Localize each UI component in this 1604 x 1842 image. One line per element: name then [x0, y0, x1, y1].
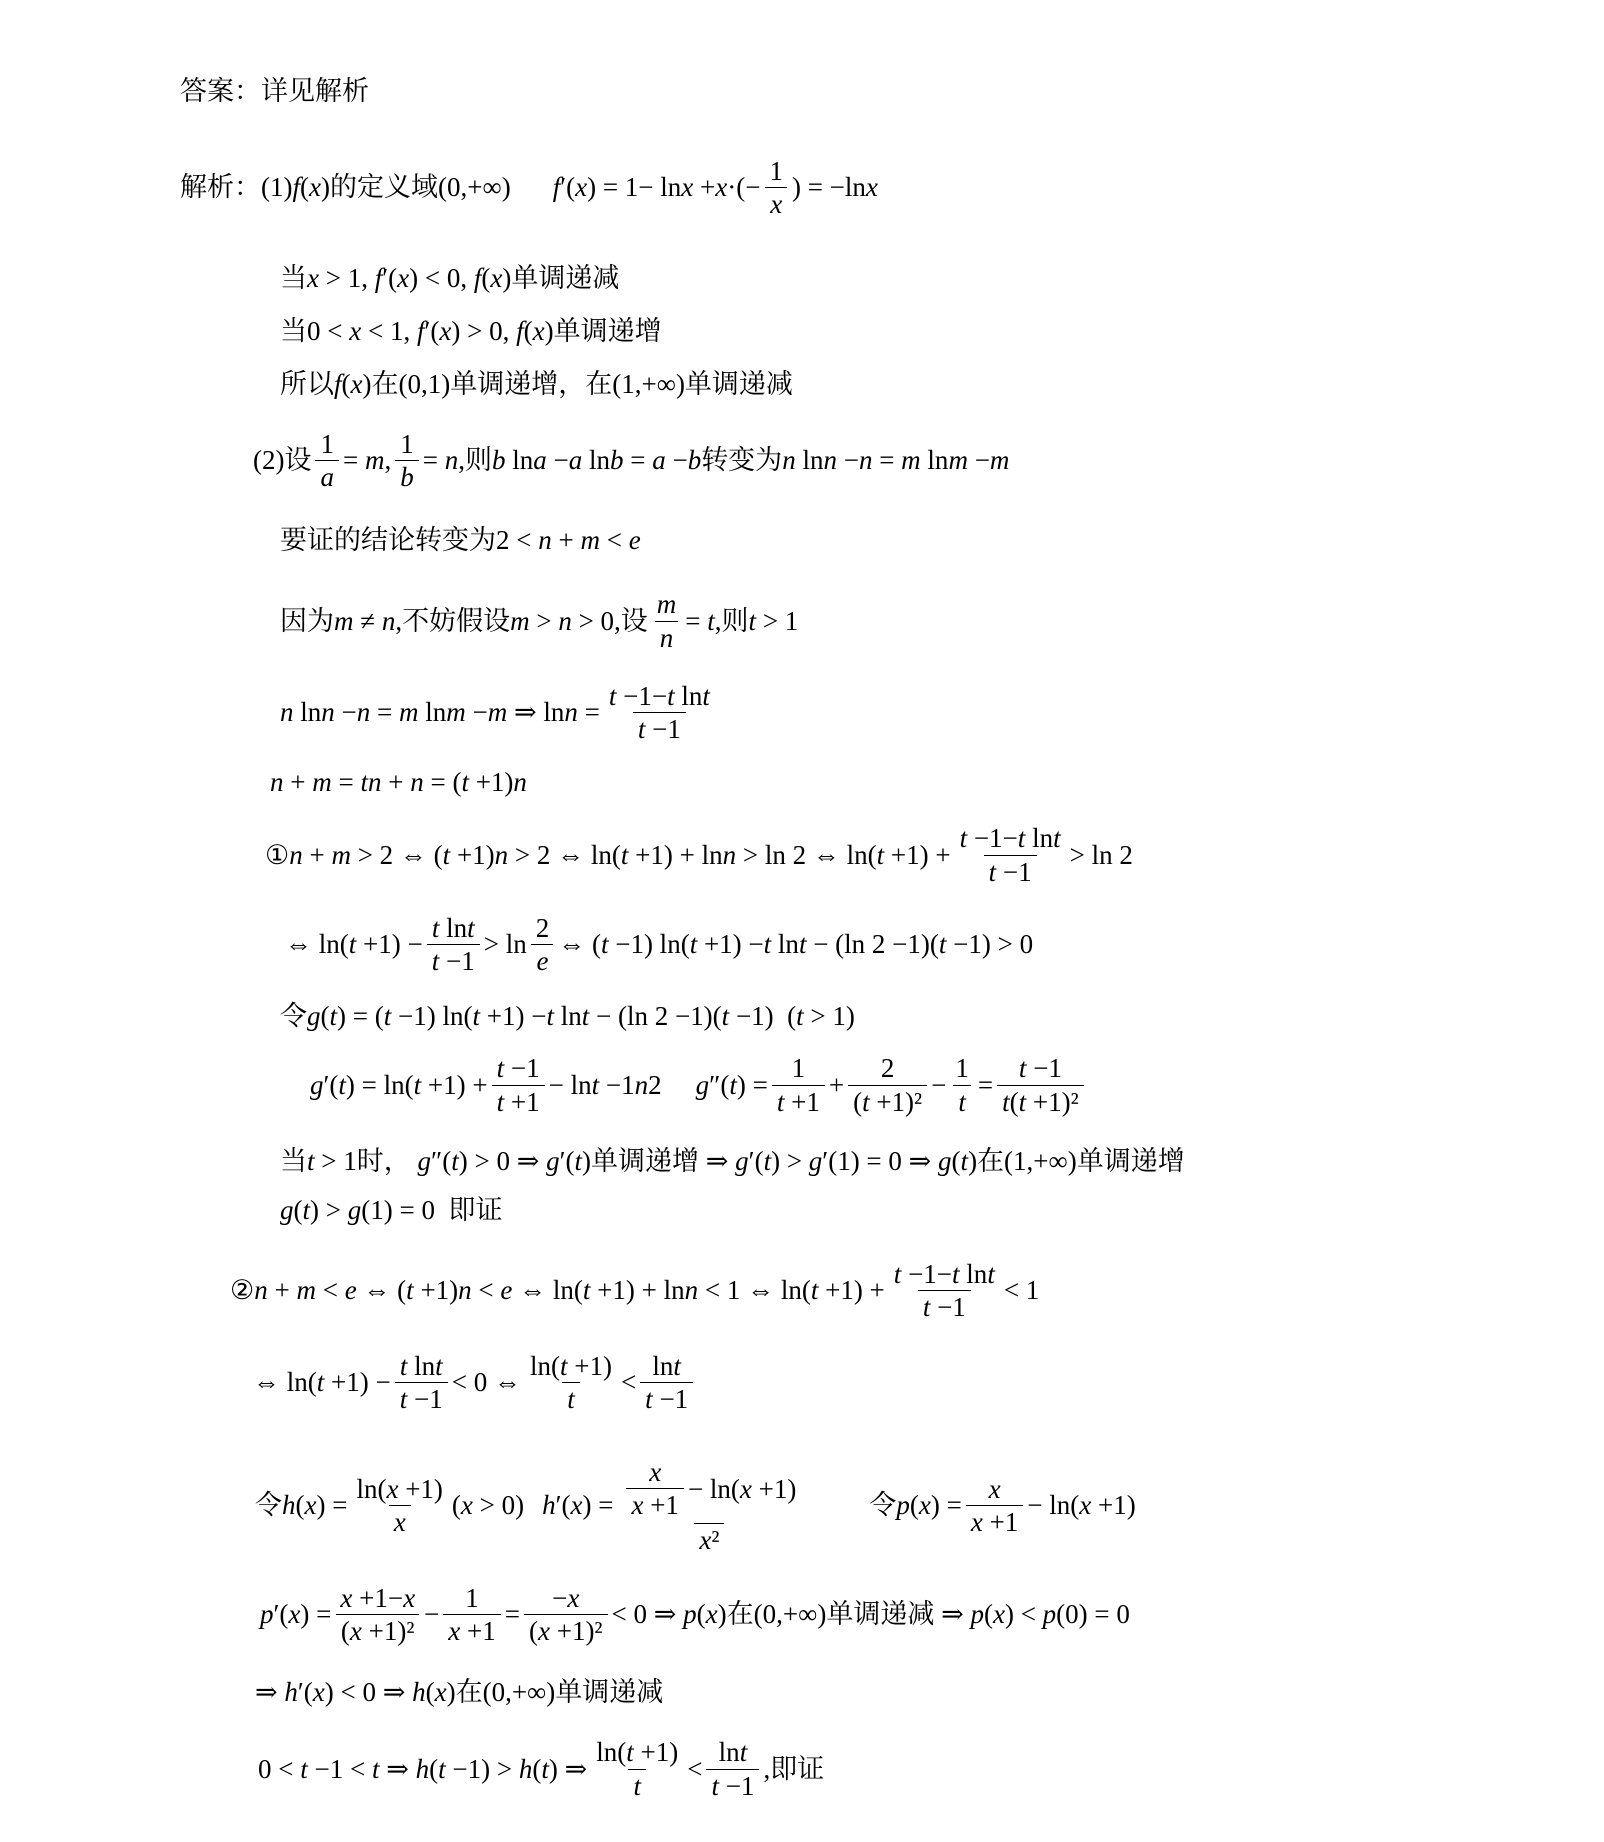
math-run: t −1	[711, 1771, 754, 1801]
math-run: t −1	[645, 1384, 688, 1414]
fraction: −x(x +1)²	[524, 1582, 608, 1647]
math-run: 2	[536, 913, 550, 943]
math-run: ⇔ ln(t +1) −	[285, 927, 423, 962]
claim-1-equiv: ⇔ ln(t +1) −t lntt −1> ln2e⇔ (t −1) ln(t…	[180, 912, 1564, 977]
fraction: x +1−x(x +1)²	[335, 1582, 420, 1647]
math-run: t −1	[400, 1384, 443, 1414]
fraction: 1t	[950, 1052, 974, 1117]
math-run: t −1−t lnt	[960, 823, 1061, 853]
math-run: 1	[955, 1053, 969, 1083]
math-run: n lnn −n = m lnm −m ⇒ lnn =	[280, 695, 600, 730]
math-run: 解析：(1)f(x)的定义域(0,+∞)	[180, 170, 511, 205]
fraction: 2(t +1)²	[848, 1052, 927, 1117]
fraction: ln(x +1)x	[351, 1473, 447, 1538]
math-run: lnt	[652, 1351, 681, 1381]
math-run: − ln(x +1)	[1027, 1488, 1135, 1523]
g-monotone: 当t > 1时， g″(t) > 0 ⇒ g′(t)单调递增 ⇒ g′(t) >…	[180, 1144, 1564, 1179]
math-run: < 0 ⇔	[452, 1365, 521, 1400]
math-run: e	[536, 946, 548, 976]
math-run: p′(x) =	[260, 1597, 331, 1632]
math-run: b	[400, 462, 414, 492]
fraction: lntt −1	[640, 1350, 693, 1415]
math-run: n	[660, 623, 674, 653]
math-run: t lnt	[432, 913, 475, 943]
math-run: a	[320, 462, 334, 492]
claim-1-proved: g(t) > g(1) = 0 即证	[180, 1193, 1564, 1228]
math-run: 1	[400, 429, 414, 459]
math-run: = m,	[343, 443, 391, 478]
math-run: ln(x +1)	[356, 1474, 442, 1504]
math-run: 因为m ≠ n,不妨假设m > n > 0,设	[280, 604, 648, 639]
math-run: x²	[699, 1525, 719, 1555]
math-run: t(t +1)²	[1002, 1087, 1079, 1117]
claim-2-equiv: ⇔ ln(t +1) −t lntt −1< 0 ⇔ln(t +1)t<lntt…	[180, 1350, 1564, 1415]
math-run: −	[931, 1068, 946, 1103]
math-run: t	[633, 1771, 641, 1801]
math-run: x	[394, 1507, 406, 1537]
math-run: −x	[552, 1583, 579, 1613]
ln-n-derivation: n lnn −n = m lnm −m ⇒ lnn =t −1−t lntt −…	[180, 680, 1564, 745]
claim-1: ①n + m > 2 ⇔ (t +1)n > 2 ⇔ ln(t +1) + ln…	[180, 822, 1564, 887]
fraction: 1x +1	[443, 1582, 500, 1647]
math-run: 令h(x) =	[255, 1488, 347, 1523]
fraction: t lntt −1	[427, 912, 480, 977]
math-run: x +1	[631, 1490, 678, 1520]
math-run: < 1	[1004, 1273, 1039, 1308]
math-run: t −1	[989, 857, 1032, 887]
math-run: <	[687, 1752, 702, 1787]
math-run: t −1−t lnt	[894, 1259, 995, 1289]
math-run: ⇔ (t −1) ln(t +1) −t lnt − (ln 2 −1)(t −…	[558, 927, 1033, 962]
math-run: t +1	[777, 1087, 820, 1117]
g-derivatives: g′(t) = ln(t +1) +t −1t +1− lnt −1n2g″(t…	[180, 1052, 1564, 1117]
math-run: t −1	[638, 714, 681, 744]
document-page: 答案：详见解析解析：(1)f(x)的定义域(0,+∞)f′(x) = 1− ln…	[0, 0, 1604, 1842]
math-run: (t +1)²	[853, 1087, 922, 1117]
fraction: xx +1	[966, 1473, 1023, 1538]
math-run: n + m = tn + n = (t +1)n	[270, 765, 527, 800]
math-run: x	[989, 1474, 1001, 1504]
math-run: 当0 < x < 1, f′(x) > 0, f(x)单调递增	[280, 314, 662, 349]
math-run: =	[505, 1597, 520, 1632]
math-run: ) = −lnx	[792, 170, 878, 205]
analysis-line-1: 解析：(1)f(x)的定义域(0,+∞)f′(x) = 1− lnx +x·(−…	[180, 155, 1564, 220]
fraction: xx +1	[626, 1456, 683, 1521]
fraction: 1x	[764, 155, 788, 220]
fraction: 1t +1	[772, 1052, 825, 1117]
math-run: = t,则t > 1	[685, 604, 798, 639]
assume-t: 因为m ≠ n,不妨假设m > n > 0,设mn= t,则t > 1	[180, 588, 1564, 653]
math-run: 令g(t) = (t −1) ln(t +1) −t lnt − (ln 2 −…	[280, 999, 855, 1034]
math-run: ln(t +1)	[530, 1351, 612, 1381]
math-run: (x +1)²	[529, 1616, 603, 1646]
solution-body: 答案：详见解析解析：(1)f(x)的定义域(0,+∞)f′(x) = 1− ln…	[180, 74, 1564, 1802]
sum-identity: n + m = tn + n = (t +1)n	[180, 765, 1564, 800]
math-run: t lnt	[400, 1351, 443, 1381]
fraction: t −1t +1	[492, 1052, 545, 1117]
goal-restated: 要证的结论转变为2 < n + m < e	[180, 523, 1564, 558]
math-run: > ln 2	[1070, 838, 1133, 873]
math-run: ②n + m < e ⇔ (t +1)n < e ⇔ ln(t +1) + ln…	[230, 1273, 885, 1308]
claim-2: ②n + m < e ⇔ (t +1)n < e ⇔ ln(t +1) + ln…	[180, 1258, 1564, 1323]
fraction: t −1−t lntt −1	[889, 1258, 1000, 1323]
math-run: (x > 0)	[452, 1488, 524, 1523]
math-run: ⇒ h′(x) < 0 ⇒ h(x)在(0,+∞)单调递减	[255, 1675, 663, 1710]
math-run: t −1	[1019, 1053, 1062, 1083]
math-run: t −1	[497, 1053, 540, 1083]
define-h-p: 令h(x) =ln(x +1)x(x > 0)h′(x) =xx +1− ln(…	[180, 1455, 1564, 1556]
math-run: g(t) > g(1) = 0 即证	[280, 1193, 502, 1228]
math-run: t	[567, 1384, 575, 1414]
define-g: 令g(t) = (t −1) ln(t +1) −t lnt − (ln 2 −…	[180, 999, 1564, 1034]
fraction: xx +1− ln(x +1)x²	[617, 1455, 801, 1556]
fraction: t −1−t lntt −1	[604, 680, 715, 745]
math-run: x +1	[971, 1507, 1018, 1537]
math-run: 0 < t −1 < t ⇒ h(t −1) > h(t) ⇒	[258, 1752, 587, 1787]
math-run: 答案：详见解析	[180, 74, 369, 109]
math-run: m	[657, 589, 677, 619]
math-run: 1	[320, 429, 334, 459]
final-conclusion: 0 < t −1 < t ⇒ h(t −1) > h(t) ⇒ln(t +1)t…	[180, 1736, 1564, 1801]
math-run: ,即证	[763, 1752, 824, 1787]
math-run: −	[424, 1597, 439, 1632]
math-run: t −1−t lnt	[609, 681, 710, 711]
fraction: 1a	[315, 428, 339, 493]
fraction: t −1−t lntt −1	[955, 822, 1066, 887]
math-run: ⇔ ln(t +1) −	[253, 1365, 391, 1400]
math-run: 当t > 1时， g″(t) > 0 ⇒ g′(t)单调递增 ⇒ g′(t) >…	[280, 1144, 1185, 1179]
fraction: 1b	[395, 428, 419, 493]
math-run: x +1	[448, 1616, 495, 1646]
h-decreasing: ⇒ h′(x) < 0 ⇒ h(x)在(0,+∞)单调递减	[180, 1675, 1564, 1710]
math-run: 当x > 1, f′(x) < 0, f(x)单调递减	[280, 261, 619, 296]
math-run: ①n + m > 2 ⇔ (t +1)n > 2 ⇔ ln(t +1) + ln…	[265, 838, 951, 873]
fraction: t lntt −1	[395, 1350, 448, 1415]
math-run: ln(t +1)	[596, 1737, 678, 1767]
math-run: f′(x) = 1− lnx +x·(−	[553, 170, 761, 205]
monotonicity-conclusion: 所以f(x)在(0,1)单调递增，在(1,+∞)单调递减	[180, 367, 1564, 402]
fraction: ln(t +1)t	[525, 1350, 617, 1415]
math-run: 2	[881, 1053, 895, 1083]
math-run: t	[958, 1087, 966, 1117]
math-run: =	[978, 1068, 993, 1103]
math-run: <	[621, 1365, 636, 1400]
math-run: 1	[792, 1053, 806, 1083]
math-run: g″(t) =	[696, 1068, 768, 1103]
math-run: = n,则b lna −a lnb = a −b转变为n lnn −n = m …	[423, 443, 1010, 478]
p-derivative: p′(x) =x +1−x(x +1)²−1x +1=−x(x +1)²< 0 …	[180, 1582, 1564, 1647]
case-increasing: 当0 < x < 1, f′(x) > 0, f(x)单调递增	[180, 314, 1564, 349]
answer-heading: 答案：详见解析	[180, 74, 1564, 109]
math-run: − lnt −1n2	[549, 1068, 662, 1103]
math-run: t −1	[923, 1292, 966, 1322]
math-run: < 0 ⇒ p(x)在(0,+∞)单调递减 ⇒ p(x) < p(0) = 0	[612, 1597, 1130, 1632]
math-run: 1	[769, 156, 783, 186]
math-run: t +1	[497, 1087, 540, 1117]
math-run: lnt	[719, 1737, 748, 1767]
part2-substitution: (2)设1a= m,1b= n,则b lna −a lnb = a −b转变为n…	[180, 428, 1564, 493]
math-run: (2)设	[253, 443, 311, 478]
math-run: x	[770, 189, 782, 219]
math-run: g′(t) = ln(t +1) +	[310, 1068, 488, 1103]
fraction: t −1t(t +1)²	[997, 1052, 1084, 1117]
fraction: ln(t +1)t	[591, 1736, 683, 1801]
fraction: lntt −1	[706, 1736, 759, 1801]
math-run: 令p(x) =	[869, 1488, 961, 1523]
math-run: x	[649, 1457, 661, 1487]
case-decreasing: 当x > 1, f′(x) < 0, f(x)单调递减	[180, 261, 1564, 296]
fraction: mn	[652, 588, 682, 653]
math-run: x +1−x	[340, 1583, 415, 1613]
math-run: > ln	[484, 927, 527, 962]
math-run: +	[829, 1068, 844, 1103]
fraction: 2e	[531, 912, 555, 977]
math-run: (x +1)²	[341, 1616, 415, 1646]
math-run: 要证的结论转变为2 < n + m < e	[280, 523, 641, 558]
math-run: h′(x) =	[542, 1488, 613, 1523]
math-run: t −1	[432, 946, 475, 976]
math-run: 所以f(x)在(0,1)单调递增，在(1,+∞)单调递减	[280, 367, 793, 402]
math-run: 1	[465, 1583, 479, 1613]
math-run: − ln(x +1)	[688, 1474, 796, 1504]
